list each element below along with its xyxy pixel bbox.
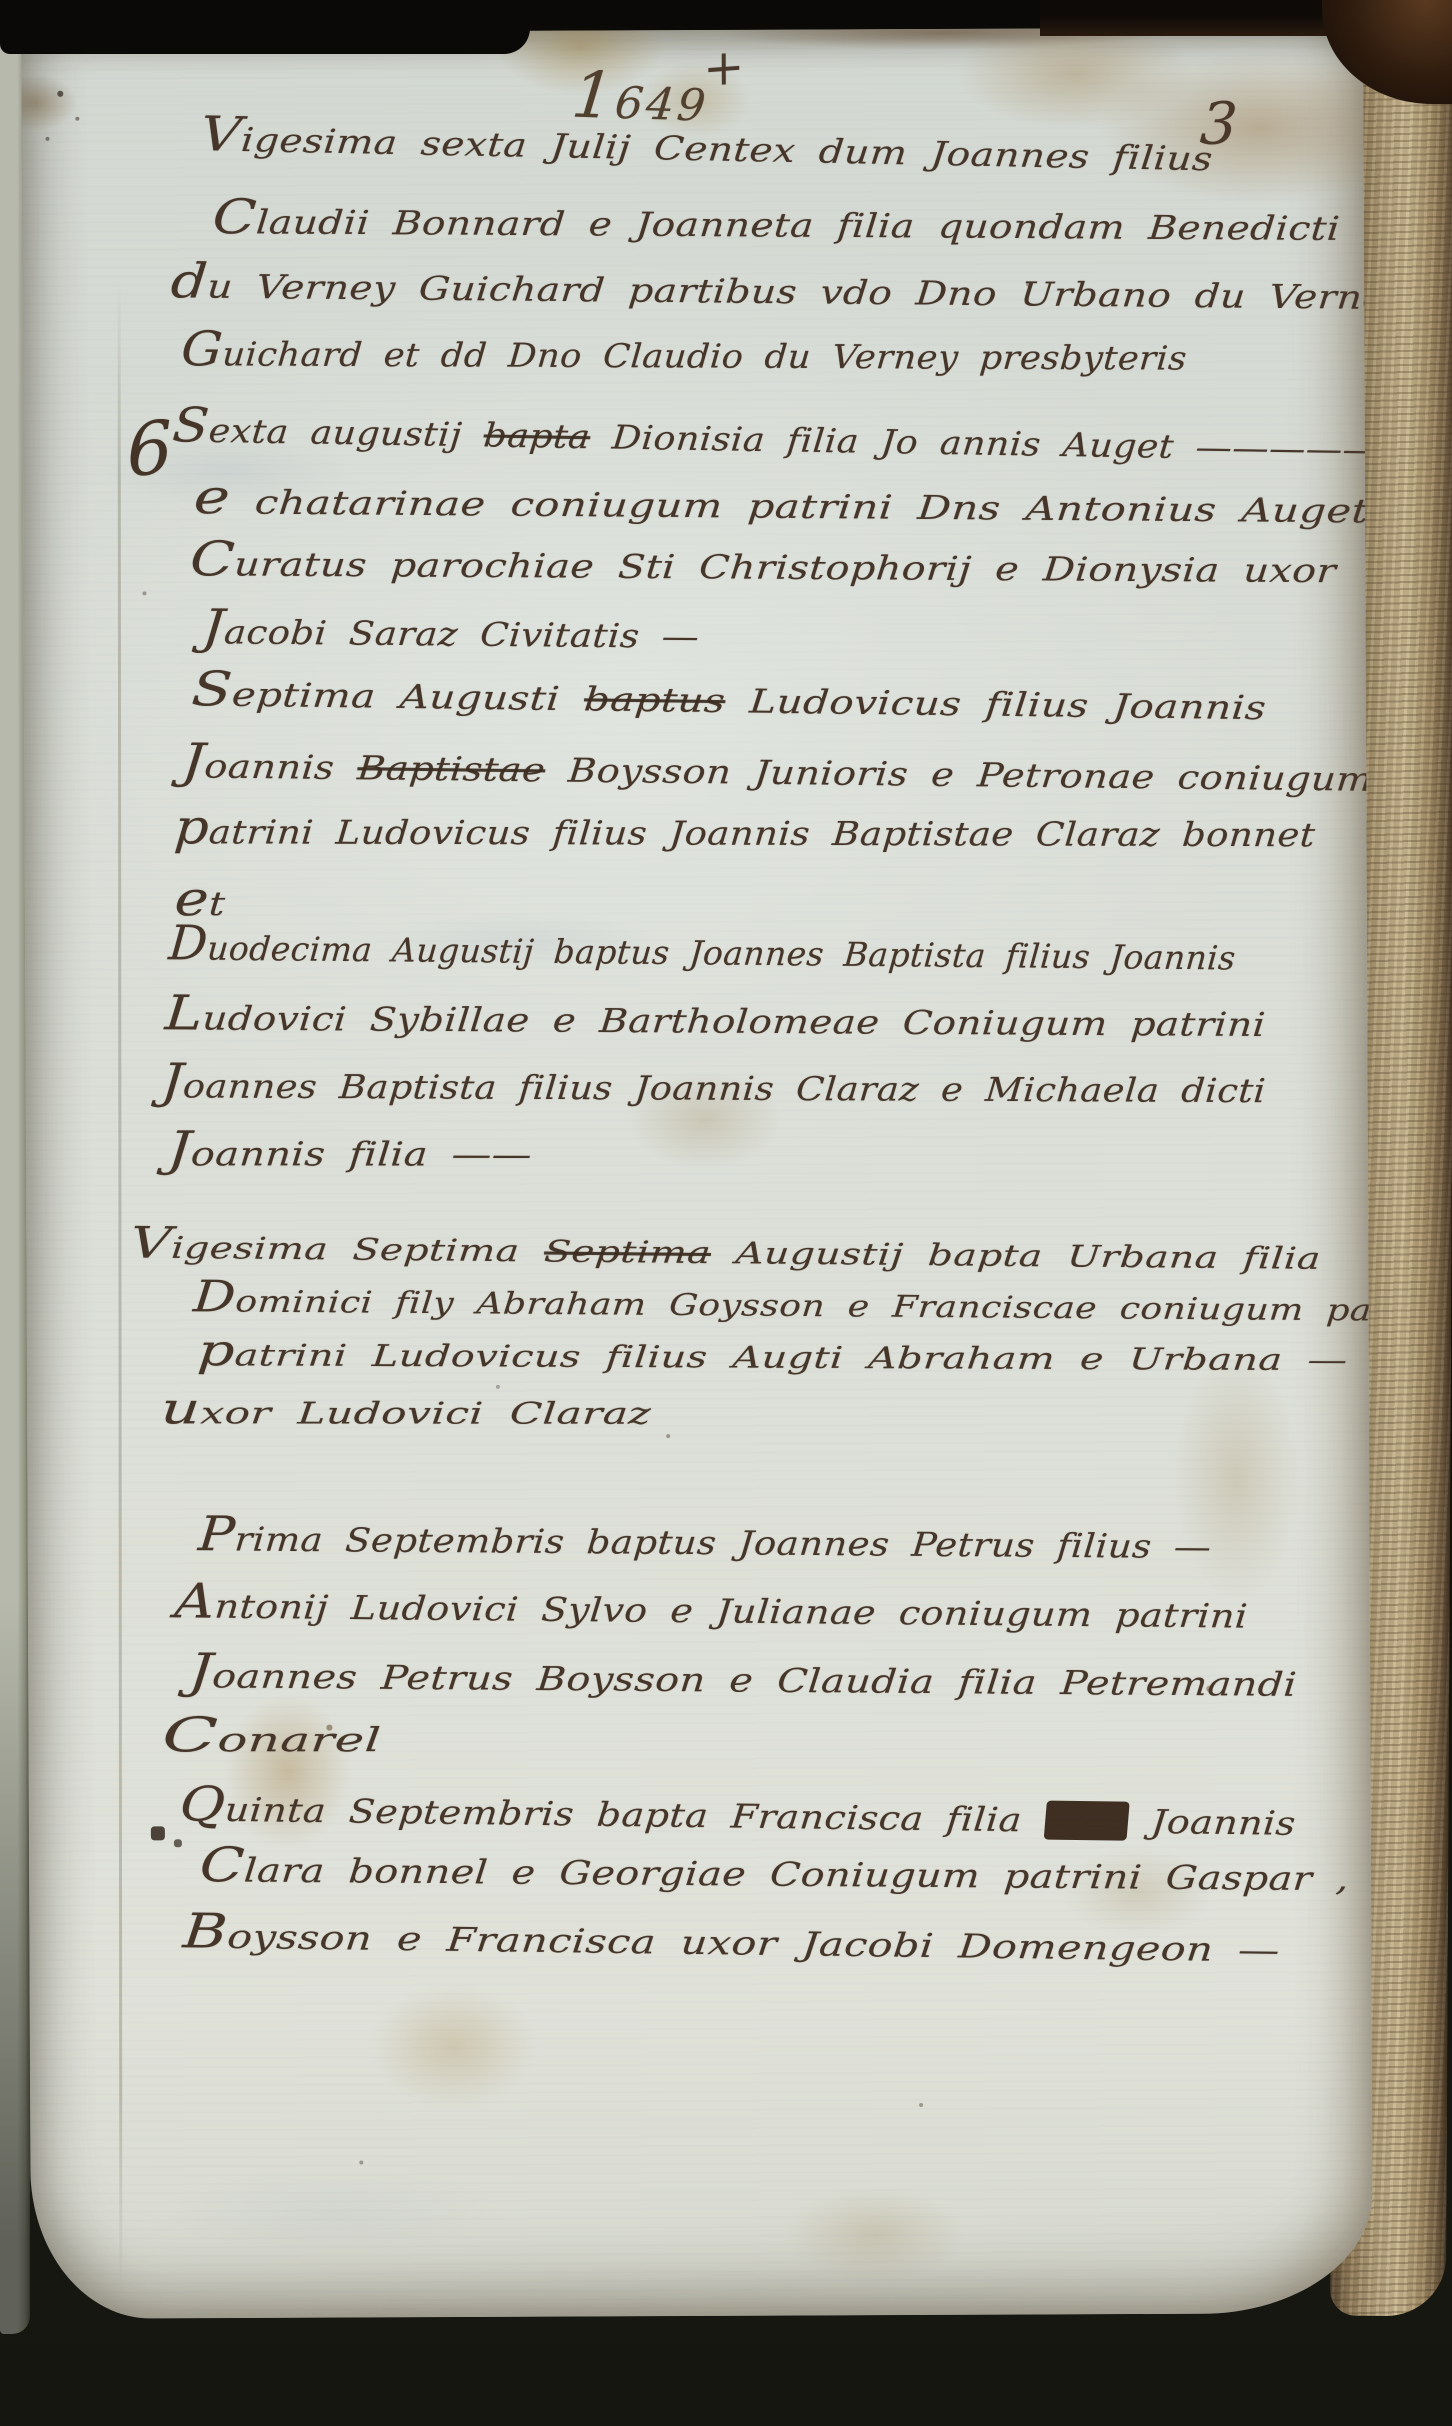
entry-7-line-2: Clara bonnel e Georgiae Coniugum patrini…: [198, 1838, 1352, 1902]
entry-3-line-3: patrini Ludovicus filius Joannis Baptist…: [172, 800, 1317, 858]
dark-top-edge-center: [500, 0, 1080, 26]
entry-7-line-3: Boysson e Francisca uxor Jacobi Domengeo…: [181, 1904, 1283, 1973]
entry-5-line-2: Dominici fily Abraham Goysson e Francisc…: [192, 1272, 1373, 1332]
entry-2-line-3: Curatus parochiae Sti Christophorij e Di…: [188, 532, 1338, 594]
line-text: Joannis: [180, 746, 359, 787]
entry-6-line-2: Antonij Ludovici Sylvo e Julianae coniug…: [173, 1574, 1250, 1639]
struck-word: baptus: [583, 679, 727, 720]
entry-4-line-3: Joannes Baptista filius Joannis Claraz e…: [160, 1054, 1269, 1114]
entry-1-line-3: du Verney Guichard partibus vdo Dno Urba…: [169, 254, 1373, 321]
line-text: Boysson Junioris e Petronae coniugum: [544, 750, 1373, 798]
entry-5-line-1: Vigesima Septima Septima Augustij bapta …: [128, 1218, 1323, 1279]
entry-3-line-2: Joannis Baptistae Boysson Junioris e Pet…: [180, 734, 1373, 802]
line-text: Sexta augustij: [171, 410, 486, 454]
entry-5-line-3: patrini Ludovicus filius Augti Abraham e…: [196, 1326, 1350, 1381]
entry-6-line-1: Prima Septembris baptus Joannes Petrus f…: [196, 1507, 1213, 1570]
entry-6-line-4: Conarel: [161, 1708, 384, 1763]
entry-1-line-2: Claudii Bonnard e Joanneta filia quondam…: [211, 190, 1343, 252]
page-fold-crease: [118, 283, 123, 2293]
entry-3-line-1: Septima Augusti baptus Ludovicus filius …: [190, 662, 1269, 731]
blotted-word: ——: [1043, 1801, 1130, 1841]
entry-1-line-4: Guichard et dd Dno Claudio du Verney pre…: [179, 322, 1189, 381]
entry-4-line-2: Ludovici Sybillae e Bartholomeae Coniugu…: [163, 986, 1268, 1048]
entry-2-line-4: Jacobi Saraz Civitatis —: [200, 600, 701, 660]
line-text: Joannis: [1127, 1802, 1298, 1843]
entry-1-line-1: Vigesima sexta Julij Centex dum Joannes …: [198, 107, 1216, 182]
line-text: Augustij bapta Urbana filia: [710, 1236, 1323, 1277]
cross-mark: +: [703, 37, 745, 98]
line-text: Vigesima Septima: [129, 1230, 546, 1269]
entry-2-line-1: Sexta augustij bapta Dionisia filia Jo a…: [170, 398, 1373, 473]
line-text: Quinta Septembris bapta Francisca filia: [178, 1789, 1047, 1839]
line-text: Septima Augusti: [190, 674, 586, 718]
struck-word: bapta: [482, 415, 592, 456]
entry-6-line-3: Joannes Petrus Boysson e Claudia filia P…: [187, 1644, 1299, 1708]
entry-5-line-4: uxor Ludovici Claraz: [159, 1384, 653, 1434]
entry-2-line-2: e chatarinae coniugum patrini Dns Antoni…: [192, 470, 1373, 535]
entry-7-line-1: Quinta Septembris bapta Francisca filia …: [177, 1777, 1298, 1847]
manuscript-photo: 1649 + 3 6 Vigesima sexta Julij Centex d…: [0, 0, 1452, 2426]
line-text: Dionisia filia Jo annis Auget —————: [589, 417, 1373, 469]
line-text: Ludovicus filius Joannis: [724, 681, 1268, 727]
margin-entry-number: 6: [125, 405, 175, 494]
entry-4-line-1: Duodecima Augustij baptus Joannes Baptis…: [167, 916, 1238, 981]
struck-word: Baptistae: [356, 748, 547, 789]
dark-top-edge-left: [0, 0, 530, 54]
manuscript-page: 1649 + 3 6 Vigesima sexta Julij Centex d…: [21, 27, 1373, 2319]
struck-word: Septima: [543, 1234, 713, 1271]
entry-4-line-4: Joannis filia ——: [166, 1122, 534, 1177]
